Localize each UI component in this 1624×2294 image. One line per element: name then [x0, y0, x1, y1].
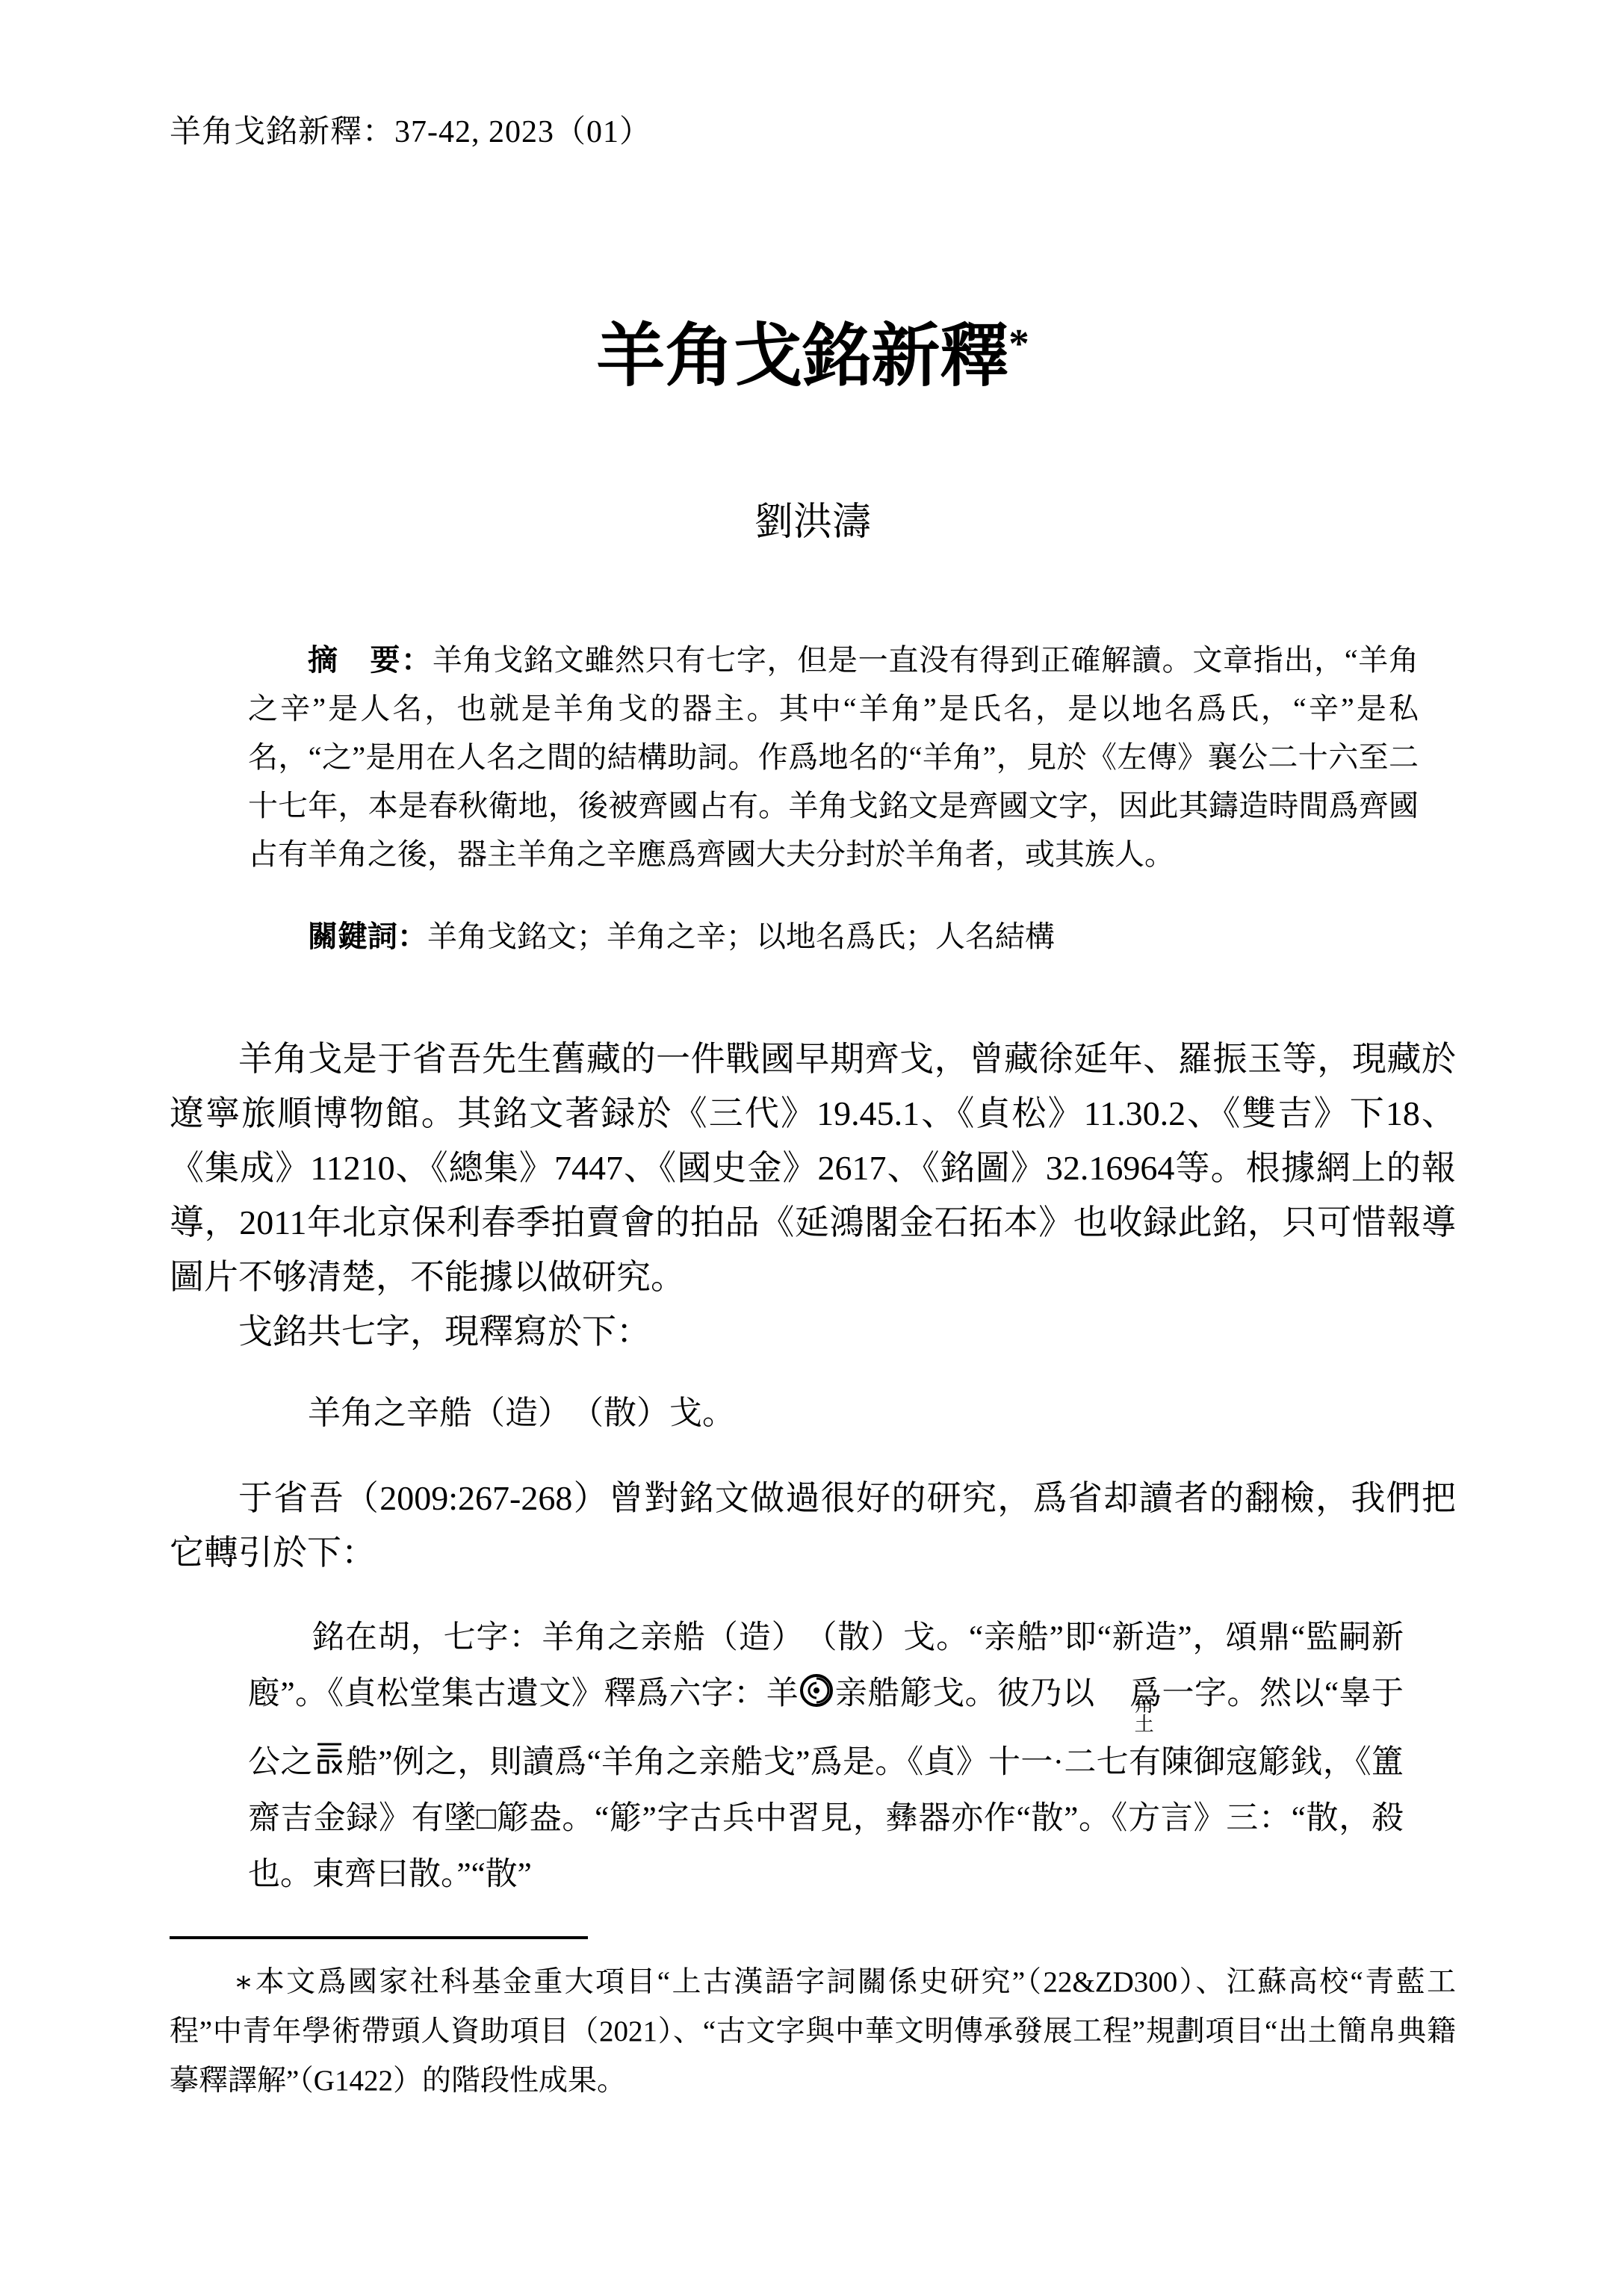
footnote-marker: ∗ — [234, 1966, 254, 1998]
footnote-text: 本文爲國家社科基金重大項目“上古漢語字詞關係史研究”（22&ZD300）、江蘇高… — [170, 1966, 1456, 2097]
running-head: 羊角戈銘新釋：37-42, 2023（01） — [170, 114, 1456, 151]
quote-part-4: 艁”例之，則讀爲“羊角之亲艁𢿱戈”爲是。《貞》十一·二七有陳御寇簓鈛，《簠齋吉金… — [248, 1745, 1404, 1892]
ancient-character-glyph-image — [313, 1740, 346, 1777]
keywords-label: 關鍵詞： — [308, 920, 427, 953]
footnote-separator-rule — [170, 1936, 588, 1939]
keywords-text: 羊角戈銘文；羊角之辛；以地名爲氏；人名結構 — [427, 920, 1055, 953]
body-paragraph-3: 于省吾（2009:267-268）曾對銘文做過很好的研究，爲省却讀者的翻檢，我們… — [170, 1471, 1456, 1580]
ligature-bottom: 土 — [1070, 1715, 1154, 1735]
inscription-seal-glyph-image — [799, 1673, 834, 1708]
transcription-line: 羊角之辛艁（造）𢿱（散）戈。 — [308, 1385, 1456, 1441]
body-paragraph-2: 戈銘共七字，現釋寫於下： — [170, 1304, 1456, 1359]
footnote-paragraph: ∗本文爲國家社科基金重大項目“上古漢語字詞關係史研究”（22&ZD300）、江蘇… — [170, 1958, 1456, 2106]
abstract-label: 摘 要： — [308, 643, 433, 677]
author-name: 劉洪濤 — [170, 500, 1456, 546]
paper-page: 羊角戈銘新釋：37-42, 2023（01） 羊角戈銘新釋* 劉洪濤 摘 要：羊… — [0, 0, 1624, 2294]
abstract-text: 羊角戈銘文雖然只有七字，但是一直没有得到正確解讀。文章指出，“羊角之辛”是人名，… — [248, 643, 1419, 871]
keywords-line: 關鍵詞：羊角戈銘文；羊角之辛；以地名爲氏；人名結構 — [248, 912, 1419, 961]
page-title: 羊角戈銘新釋* — [170, 319, 1456, 394]
title-text: 羊角戈銘新釋 — [596, 318, 1008, 394]
quote-part-2: 亲艁簓戈。彼乃以 — [834, 1676, 1094, 1711]
ligature-glyph: 角土 — [1095, 1696, 1129, 1735]
abstract-paragraph: 摘 要：羊角戈銘文雖然只有七字，但是一直没有得到正確解讀。文章指出，“羊角之辛”… — [248, 636, 1419, 878]
title-footnote-marker: * — [1008, 320, 1029, 366]
block-quote: 銘在胡，七字：羊角之亲艁（造）𢿱（散）戈。“亲艁”即“新造”，頌鼎“監嗣新廏”。… — [248, 1610, 1404, 1903]
body-paragraph-1: 羊角戈是于省吾先生舊藏的一件戰國早期齊戈，曾藏徐延年、羅振玉等，現藏於遼寧旅順博… — [170, 1032, 1456, 1304]
